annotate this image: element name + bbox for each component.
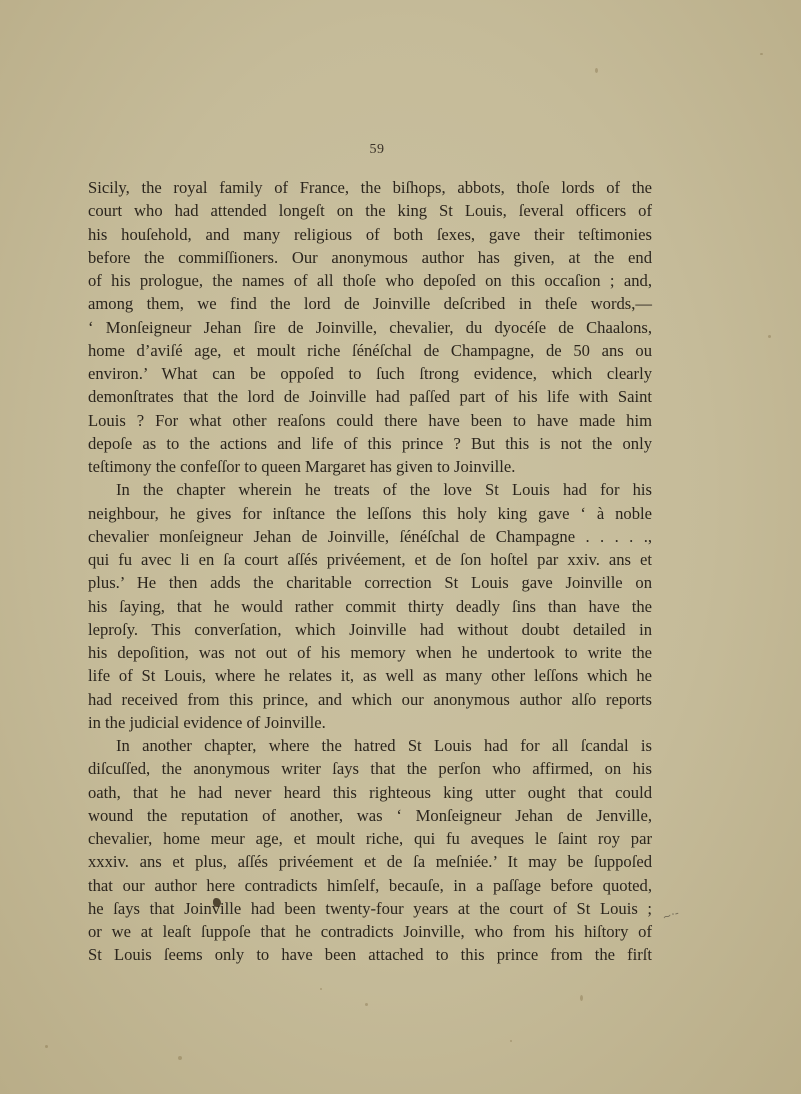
paper-speck <box>178 1056 182 1060</box>
paper-speck <box>580 995 583 1001</box>
text-line: Sicily, the royal family of France, the … <box>88 176 652 199</box>
text-line: ‘ Monſeigneur Jehan ſire de Joinville, c… <box>88 316 652 339</box>
ink-blot <box>213 898 221 907</box>
text-line: in the judicial evidence of Joinville. <box>88 711 652 734</box>
paper-speck <box>595 68 598 73</box>
text-line: In another chapter, where the hatred St … <box>88 734 652 757</box>
text-line: xxxiv. ans et plus, aſſés privéement et … <box>88 850 652 873</box>
text-line: his ſaying, that he would rather commit … <box>88 595 652 618</box>
text-line: demonſtrates that the lord de Joinville … <box>88 385 652 408</box>
page-number: 59 <box>362 142 392 158</box>
text-line: Louis ? For what other reaſons could the… <box>88 409 652 432</box>
paper-speck <box>45 1045 48 1048</box>
text-line: plus.’ He then adds the charitable corre… <box>88 571 652 594</box>
text-line: that our author here contradicts himſelf… <box>88 874 652 897</box>
text-line: diſcuſſed, the anonymous writer ſays tha… <box>88 757 652 780</box>
paper-speck <box>760 53 763 55</box>
text-line: home d’aviſé age, et moult riche ſénéſch… <box>88 339 652 362</box>
paper-speck <box>365 1003 368 1006</box>
body-text: Sicily, the royal family of France, the … <box>88 176 652 967</box>
text-line: In the chapter wherein he treats of the … <box>88 478 652 501</box>
text-line: environ.’ What can be oppoſed to ſuch ſt… <box>88 362 652 385</box>
book-page: 59 Sicily, the royal family of France, t… <box>0 0 801 1094</box>
text-line: his depoſition, was not out of his memor… <box>88 641 652 664</box>
text-line: chevalier, home meur age, et moult riche… <box>88 827 652 850</box>
text-line: St Louis ſeems only to have been attache… <box>88 943 652 966</box>
text-line: wound the reputation of another, was ‘ M… <box>88 804 652 827</box>
paper-speck <box>510 1040 512 1042</box>
text-line: of his prologue, the names of all thoſe … <box>88 269 652 292</box>
text-line: oath, that he had never heard this right… <box>88 781 652 804</box>
text-line: his houſehold, and many religious of bot… <box>88 223 652 246</box>
text-line: among them, we find the lord de Joinvill… <box>88 292 652 315</box>
text-line: depoſe as to the actions and life of thi… <box>88 432 652 455</box>
margin-mark: ~·- <box>661 901 698 925</box>
text-line: had received from this prince, and which… <box>88 688 652 711</box>
text-line: he ſays that Joinville had been twenty-f… <box>88 897 652 920</box>
text-line: chevalier monſeigneur Jehan de Joinville… <box>88 525 652 548</box>
text-line: or we at leaſt ſuppoſe that he contradic… <box>88 920 652 943</box>
paper-speck <box>320 988 322 990</box>
text-line: court who had attended longeſt on the ki… <box>88 199 652 222</box>
text-line: leproſy. This converſation, which Joinvi… <box>88 618 652 641</box>
text-line: life of St Louis, where he relates it, a… <box>88 664 652 687</box>
text-line: teſtimony the confeſſor to queen Margare… <box>88 455 652 478</box>
paper-speck <box>768 335 771 338</box>
text-line: before the commiſſioners. Our anonymous … <box>88 246 652 269</box>
text-line: neighbour, he gives for inſtance the leſ… <box>88 502 652 525</box>
text-line: qui fu avec li en ſa court aſſés privéem… <box>88 548 652 571</box>
